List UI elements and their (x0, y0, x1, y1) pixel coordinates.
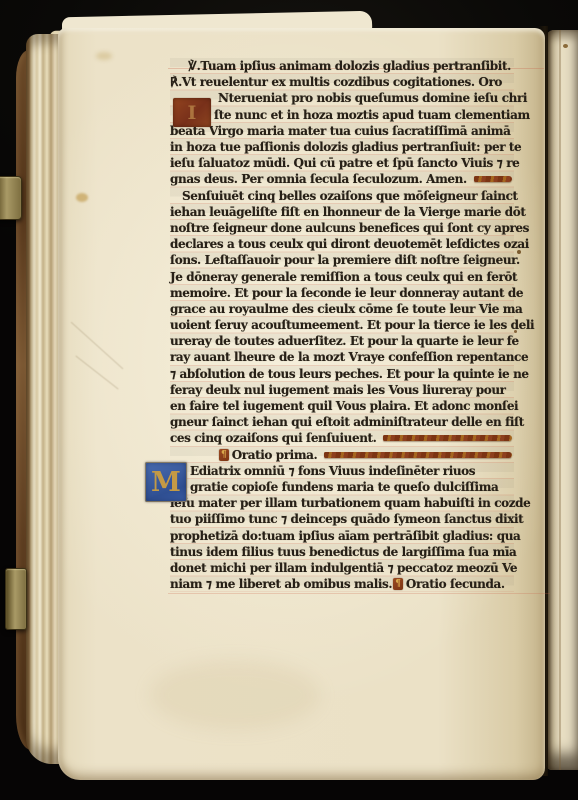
text-line: gnas deus. Per omnia ſecula ſeculozum. A… (170, 171, 514, 187)
text-line: gneur ſainct iehan qui eſtoit adminiſtra… (170, 414, 514, 430)
text-line: ſte nunc et in hoza moztis apud tuam cle… (170, 107, 514, 123)
text-segment: Je dōneray generale remiſſion a tous ceu… (170, 270, 517, 284)
text-line: ℟.Vt reuelentur ex multis cozdibus cogit… (170, 74, 514, 90)
text-segment: niam ⁊ me liberet ab omibus malis. (170, 577, 392, 591)
text-line: Senſuiuēt cinq belles ozaiſons que mōſei… (170, 188, 514, 204)
line-filler-ornament (474, 176, 512, 182)
text-segment: declares a tous ceulx qui diront deuotem… (170, 237, 529, 251)
text-line: beata Virgo maria mater tua cuius ſacrat… (170, 123, 514, 139)
text-line: niam ⁊ me liberet ab omibus malis.¶Orati… (170, 576, 514, 592)
text-segment: ray auant lheure de la mozt Vraye confeſ… (170, 350, 528, 364)
text-line: in hoza tue paſſionis dolozis gladius pe… (170, 139, 514, 155)
text-segment: Oratio ſecunda. (406, 577, 505, 591)
text-segment: gratie copioſe fundens maria te queſo du… (190, 480, 498, 494)
text-segment: iehan leuāgeliſte fiſt en lhonneur de la… (170, 205, 526, 219)
text-segment: ſte nunc et in hoza moztis apud tuam cle… (214, 108, 530, 122)
text-segment: ℣.Tuam ipſius animam dolozis gladius per… (188, 59, 511, 73)
book-clasp-top (0, 176, 22, 220)
text-segment: feray deulx nul iugement mais les Vous l… (170, 383, 506, 397)
text-segment: beata Virgo maria mater tua cuius ſacrat… (170, 124, 510, 138)
text-segment: Senſuiuēt cinq belles ozaiſons que mōſei… (182, 189, 518, 203)
text-segment: in hoza tue paſſionis dolozis gladius pe… (170, 140, 521, 154)
text-line: ray auant lheure de la mozt Vraye confeſ… (170, 349, 514, 365)
manuscript-page: ℣.Tuam ipſius animam dolozis gladius per… (58, 28, 545, 780)
text-line: noſtre ſeigneur done aulcuns benefices q… (170, 220, 514, 236)
text-segment: ieſu ſaluatoz mūdi. Qui cū patre et ſpū … (170, 156, 519, 170)
text-line: iehan leuāgeliſte fiſt en lhonneur de la… (170, 204, 514, 220)
pilcrow-mark: ¶ (219, 449, 229, 461)
red-ruling-line-bottom (168, 593, 550, 594)
book-clasp-bottom (5, 568, 27, 630)
text-line: ⁊ abſolution de tous leurs peches. Et po… (170, 366, 514, 382)
text-line: prophetizā do:tuam ipſius aīam pertrāſib… (170, 527, 514, 543)
text-line: tinus idem filius tuus benedictus de lar… (170, 544, 514, 560)
pilcrow-mark: ¶ (393, 578, 403, 590)
text-line: donet michi per illam indulgentiā ⁊ pecc… (170, 560, 514, 576)
text-segment: ieſu mater per illam turbationem quam ha… (170, 496, 530, 510)
text-line: tuo piiſſimo tunc ⁊ deinceps quādo ſymeo… (170, 511, 514, 527)
text-segment: prophetizā do:tuam ipſius aīam pertrāſib… (170, 529, 520, 543)
rubricated-initial-I: I (173, 98, 211, 127)
text-segment: en faire tel iugement quil Vous plaira. … (170, 399, 518, 413)
text-line: Je dōneray generale remiſſion a tous ceu… (170, 268, 514, 284)
text-line: declares a tous ceulx qui diront deuotem… (170, 236, 514, 252)
text-line: ces cinq ozaiſons qui ſenſuiuent. (170, 430, 514, 446)
text-line: ſons. Leſtaſſauoir pour la premiere diſt… (170, 252, 514, 268)
text-segment: donet michi per illam indulgentiā ⁊ pecc… (170, 561, 517, 575)
text-segment: tuo piiſſimo tunc ⁊ deinceps quādo ſymeo… (170, 512, 523, 526)
text-line: gratie copioſe fundens maria te queſo du… (170, 479, 514, 495)
text-line: ureray de toutes aduerſitez. Et pour la … (170, 333, 514, 349)
line-filler-ornament (383, 435, 512, 441)
text-line: en faire tel iugement quil Vous plaira. … (170, 398, 514, 414)
text-block: ℣.Tuam ipſius animam dolozis gladius per… (170, 58, 514, 592)
text-line: uoient ſeruy acouſtumeement. Et pour la … (170, 317, 514, 333)
text-segment: ⁊ abſolution de tous leurs peches. Et po… (170, 367, 529, 381)
text-segment: tinus idem filius tuus benedictus de lar… (170, 545, 516, 559)
photo-frame: ℣.Tuam ipſius animam dolozis gladius per… (0, 0, 578, 800)
text-segment: ℟.Vt reuelentur ex multis cozdibus cogit… (170, 75, 502, 89)
facing-page-sliver (546, 30, 578, 770)
text-line: Ediatrix omniū ⁊ fons Viuus indeſinēter … (170, 463, 514, 479)
text-line: grace au royaulme des cieulx cōme ſe tou… (170, 301, 514, 317)
text-line: ieſu ſaluatoz mūdi. Qui cū patre et ſpū … (170, 155, 514, 171)
text-line: ℣.Tuam ipſius animam dolozis gladius per… (170, 58, 514, 74)
text-segment: gneur ſainct iehan qui eſtoit adminiſtra… (170, 415, 524, 429)
text-segment: noſtre ſeigneur done aulcuns benefices q… (170, 221, 529, 235)
text-line: ¶Oratio prima. (170, 447, 514, 463)
text-segment: grace au royaulme des cieulx cōme ſe tou… (170, 302, 522, 316)
line-filler-ornament (324, 452, 512, 458)
illuminated-initial-M: M (145, 462, 187, 502)
text-segment: Oratio prima. (232, 448, 318, 462)
text-segment: ces cinq ozaiſons qui ſenſuiuent. (170, 431, 376, 445)
text-segment: uoient ſeruy acouſtumeement. Et pour la … (170, 318, 534, 332)
text-segment: ſons. Leſtaſſauoir pour la premiere diſt… (170, 253, 520, 267)
text-segment: memoire. Et pour la ſeconde ie leur donn… (170, 286, 523, 300)
text-segment: gnas deus. Per omnia ſecula ſeculozum. A… (170, 172, 467, 186)
text-segment: Nterueniat pro nobis queſumus domine ieſ… (218, 91, 527, 105)
text-line: ieſu mater per illam turbationem quam ha… (170, 495, 514, 511)
text-line: feray deulx nul iugement mais les Vous l… (170, 382, 514, 398)
text-segment: Ediatrix omniū ⁊ fons Viuus indeſinēter … (190, 464, 475, 478)
text-line: Nterueniat pro nobis queſumus domine ieſ… (170, 90, 514, 106)
text-segment: ureray de toutes aduerſitez. Et pour la … (170, 334, 519, 348)
text-line: memoire. Et pour la ſeconde ie leur donn… (170, 285, 514, 301)
